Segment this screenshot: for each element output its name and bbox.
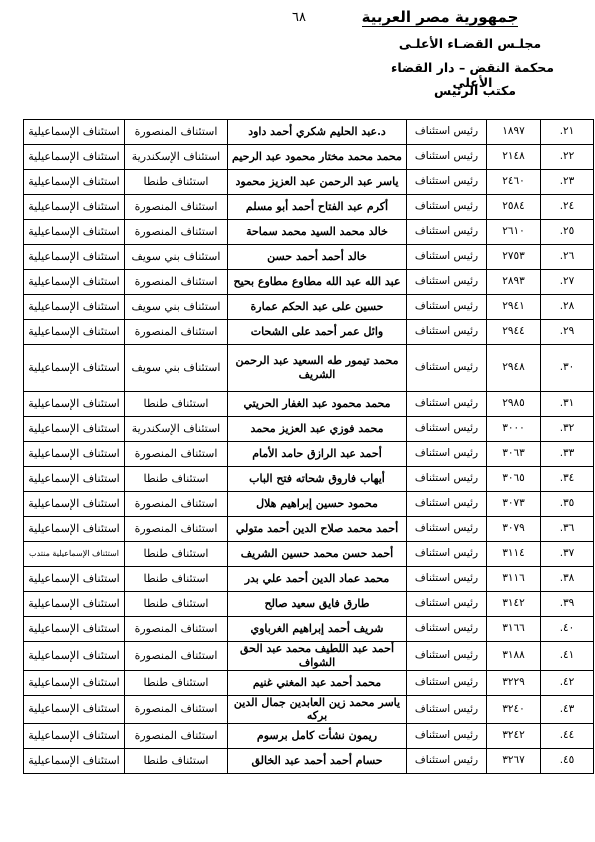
job-title-cell: رئيس استئناف xyxy=(407,320,487,345)
judges-table-body: ٢١.١٨٩٧رئيس استئنافد.عبد الحليم شكري أحم… xyxy=(24,120,594,774)
judge-name-cell: أكرم عبد الفتاح أحمد أبو مسلم xyxy=(228,195,407,220)
destination-court-cell: استئناف الإسماعيلية xyxy=(24,442,125,467)
destination-court-cell: استئناف الإسماعيلية xyxy=(24,517,125,542)
job-title-cell: رئيس استئناف xyxy=(407,345,487,392)
destination-court-cell: استئناف الإسماعيلية xyxy=(24,392,125,417)
job-title-cell: رئيس استئناف xyxy=(407,170,487,195)
judge-name-cell: أيهاب فاروق شحاته فتح الباب xyxy=(228,467,407,492)
current-court-cell: استئناف المنصورة xyxy=(125,120,228,145)
row-index-cell: ٤٢. xyxy=(541,670,594,695)
row-index-cell: ٢٤. xyxy=(541,195,594,220)
current-court-cell: استئناف بني سويف xyxy=(125,295,228,320)
current-court-cell: استئناف المنصورة xyxy=(125,195,228,220)
destination-court-cell: استئناف الإسماعيلية xyxy=(24,724,125,749)
destination-court-cell: استئناف الإسماعيلية xyxy=(24,195,125,220)
table-row: ٢٣.٢٤٦٠رئيس استئنافياسر عبد الرحمن عبد ا… xyxy=(24,170,594,195)
destination-court-cell: استئناف الإسماعيلية xyxy=(24,295,125,320)
judge-name-cell: محمود حسين إبراهيم هلال xyxy=(228,492,407,517)
judge-name-cell: حسين على عبد الحكم عمارة xyxy=(228,295,407,320)
destination-court-cell: استئناف الإسماعيلية xyxy=(24,345,125,392)
country-heading: جمهورية مصر العربية xyxy=(340,8,540,26)
job-title-cell: رئيس استئناف xyxy=(407,567,487,592)
table-row: ٢٦.٢٧٥٣رئيس استئنافخالد أحمد أحمد حسناست… xyxy=(24,245,594,270)
seniority-number-cell: ٢٧٥٣ xyxy=(487,245,541,270)
row-index-cell: ٢٣. xyxy=(541,170,594,195)
judge-name-cell: عبد الله عبد الله مطاوع مطاوع بحيح xyxy=(228,270,407,295)
table-row: ٤٤.٣٢٤٢رئيس استئنافريمون نشأت كامل برسوم… xyxy=(24,724,594,749)
seniority-number-cell: ٣١٤٢ xyxy=(487,592,541,617)
destination-court-cell: استئناف الإسماعيلية xyxy=(24,567,125,592)
row-index-cell: ٢٧. xyxy=(541,270,594,295)
seniority-number-cell: ٢٩٤١ xyxy=(487,295,541,320)
destination-court-cell: استئناف الإسماعيلية xyxy=(24,145,125,170)
table-row: ٣١.٢٩٨٥رئيس استئنافمحمد محمود عبد الغفار… xyxy=(24,392,594,417)
current-court-cell: استئناف بني سويف xyxy=(125,345,228,392)
table-row: ٣٠.٢٩٤٨رئيس استئنافمحمد تيمور طه السعيد … xyxy=(24,345,594,392)
office-heading: مكتب الرئيس xyxy=(420,83,530,98)
row-index-cell: ٢١. xyxy=(541,120,594,145)
seniority-number-cell: ٢٩٤٤ xyxy=(487,320,541,345)
seniority-number-cell: ٣١١٦ xyxy=(487,567,541,592)
row-index-cell: ٣٩. xyxy=(541,592,594,617)
job-title-cell: رئيس استئناف xyxy=(407,695,487,724)
judge-name-cell: محمد أحمد عبد المغني غنيم xyxy=(228,670,407,695)
table-row: ٤٢.٣٢٢٩رئيس استئنافمحمد أحمد عبد المغني … xyxy=(24,670,594,695)
row-index-cell: ٣٤. xyxy=(541,467,594,492)
judge-name-cell: طارق فايق سعيد صالح xyxy=(228,592,407,617)
destination-court-cell: استئناف الإسماعيلية xyxy=(24,170,125,195)
row-index-cell: ٢٨. xyxy=(541,295,594,320)
job-title-cell: رئيس استئناف xyxy=(407,670,487,695)
row-index-cell: ٣٣. xyxy=(541,442,594,467)
seniority-number-cell: ٢٩٨٥ xyxy=(487,392,541,417)
table-row: ٣٥.٣٠٧٣رئيس استئنافمحمود حسين إبراهيم هل… xyxy=(24,492,594,517)
destination-court-cell: استئناف الإسماعيلية xyxy=(24,467,125,492)
destination-court-cell: استئناف الإسماعيلية xyxy=(24,220,125,245)
job-title-cell: رئيس استئناف xyxy=(407,145,487,170)
current-court-cell: استئناف طنطا xyxy=(125,567,228,592)
job-title-cell: رئيس استئناف xyxy=(407,749,487,774)
current-court-cell: استئناف المنصورة xyxy=(125,617,228,642)
seniority-number-cell: ٣٢٢٩ xyxy=(487,670,541,695)
current-court-cell: استئناف طنطا xyxy=(125,542,228,567)
row-index-cell: ٣٦. xyxy=(541,517,594,542)
seniority-number-cell: ٣١٨٨ xyxy=(487,642,541,671)
current-court-cell: استئناف الإسكندرية xyxy=(125,417,228,442)
seniority-number-cell: ٢٩٤٨ xyxy=(487,345,541,392)
row-index-cell: ٤٥. xyxy=(541,749,594,774)
current-court-cell: استئناف المنصورة xyxy=(125,517,228,542)
job-title-cell: رئيس استئناف xyxy=(407,492,487,517)
destination-court-cell: استئناف الإسماعيلية xyxy=(24,695,125,724)
seniority-number-cell: ٢٦١٠ xyxy=(487,220,541,245)
job-title-cell: رئيس استئناف xyxy=(407,592,487,617)
row-index-cell: ٣١. xyxy=(541,392,594,417)
current-court-cell: استئناف طنطا xyxy=(125,170,228,195)
country-heading-text: جمهورية مصر العربية xyxy=(362,8,519,27)
judge-name-cell: خالد محمد السيد محمد سماحة xyxy=(228,220,407,245)
seniority-number-cell: ٣١١٤ xyxy=(487,542,541,567)
table-row: ٤٠.٣١٦٦رئيس استئنافشريف أحمد إبراهيم الغ… xyxy=(24,617,594,642)
destination-court-cell: استئناف الإسماعيلية xyxy=(24,417,125,442)
table-row: ٢١.١٨٩٧رئيس استئنافد.عبد الحليم شكري أحم… xyxy=(24,120,594,145)
judge-name-cell: محمد محمود عبد الغفار الحريتي xyxy=(228,392,407,417)
seniority-number-cell: ٣٠٧٣ xyxy=(487,492,541,517)
job-title-cell: رئيس استئناف xyxy=(407,724,487,749)
row-index-cell: ٤٠. xyxy=(541,617,594,642)
job-title-cell: رئيس استئناف xyxy=(407,195,487,220)
table-row: ٣٧.٣١١٤رئيس استئنافأحمد حسن محمد حسين ال… xyxy=(24,542,594,567)
destination-court-cell: استئناف الإسماعيلية xyxy=(24,617,125,642)
row-index-cell: ٣٢. xyxy=(541,417,594,442)
row-index-cell: ٣٥. xyxy=(541,492,594,517)
judge-name-cell: وائل عمر أحمد على الشحات xyxy=(228,320,407,345)
destination-court-cell: استئناف الإسماعيلية منتدب xyxy=(24,542,125,567)
row-index-cell: ٤٣. xyxy=(541,695,594,724)
current-court-cell: استئناف المنصورة xyxy=(125,492,228,517)
current-court-cell: استئناف المنصورة xyxy=(125,442,228,467)
row-index-cell: ٢٦. xyxy=(541,245,594,270)
judge-name-cell: أحمد حسن محمد حسين الشريف xyxy=(228,542,407,567)
table-row: ٢٨.٢٩٤١رئيس استئنافحسين على عبد الحكم عم… xyxy=(24,295,594,320)
table-row: ٣٨.٣١١٦رئيس استئنافمحمد عماد الدين أحمد … xyxy=(24,567,594,592)
seniority-number-cell: ٣١٦٦ xyxy=(487,617,541,642)
destination-court-cell: استئناف الإسماعيلية xyxy=(24,492,125,517)
judge-name-cell: أحمد عبد الرازق حامد الأمام xyxy=(228,442,407,467)
job-title-cell: رئيس استئناف xyxy=(407,542,487,567)
job-title-cell: رئيس استئناف xyxy=(407,442,487,467)
judge-name-cell: حسام أحمد أحمد عبد الخالق xyxy=(228,749,407,774)
job-title-cell: رئيس استئناف xyxy=(407,417,487,442)
job-title-cell: رئيس استئناف xyxy=(407,220,487,245)
current-court-cell: استئناف الإسكندرية xyxy=(125,145,228,170)
current-court-cell: استئناف طنطا xyxy=(125,670,228,695)
table-row: ٢٥.٢٦١٠رئيس استئنافخالد محمد السيد محمد … xyxy=(24,220,594,245)
judge-name-cell: ياسر محمد زين العابدين جمال الدين بركه xyxy=(228,695,407,724)
row-index-cell: ٢٩. xyxy=(541,320,594,345)
row-index-cell: ٣٧. xyxy=(541,542,594,567)
judge-name-cell: شريف أحمد إبراهيم الغرباوي xyxy=(228,617,407,642)
row-index-cell: ٣٠. xyxy=(541,345,594,392)
destination-court-cell: استئناف الإسماعيلية xyxy=(24,670,125,695)
council-heading: مجلـس القضـاء الأعلـى xyxy=(395,36,545,51)
seniority-number-cell: ٢٨٩٣ xyxy=(487,270,541,295)
table-row: ٣٤.٣٠٦٥رئيس استئنافأيهاب فاروق شحاته فتح… xyxy=(24,467,594,492)
destination-court-cell: استئناف الإسماعيلية xyxy=(24,592,125,617)
job-title-cell: رئيس استئناف xyxy=(407,642,487,671)
seniority-number-cell: ٣٠٠٠ xyxy=(487,417,541,442)
judge-name-cell: ريمون نشأت كامل برسوم xyxy=(228,724,407,749)
judge-name-cell: د.عبد الحليم شكري أحمد داود xyxy=(228,120,407,145)
table-row: ٢٧.٢٨٩٣رئيس استئنافعبد الله عبد الله مطا… xyxy=(24,270,594,295)
table-row: ٣٦.٣٠٧٩رئيس استئنافأحمد محمد صلاح الدين … xyxy=(24,517,594,542)
job-title-cell: رئيس استئناف xyxy=(407,617,487,642)
current-court-cell: استئناف المنصورة xyxy=(125,270,228,295)
destination-court-cell: استئناف الإسماعيلية xyxy=(24,270,125,295)
current-court-cell: استئناف المنصورة xyxy=(125,724,228,749)
table-row: ٢٤.٢٥٨٤رئيس استئنافأكرم عبد الفتاح أحمد … xyxy=(24,195,594,220)
judge-name-cell: محمد فوزي عبد العزيز محمد xyxy=(228,417,407,442)
row-index-cell: ٤٤. xyxy=(541,724,594,749)
seniority-number-cell: ٣٠٦٣ xyxy=(487,442,541,467)
table-row: ٣٣.٣٠٦٣رئيس استئنافأحمد عبد الرازق حامد … xyxy=(24,442,594,467)
destination-court-cell: استئناف الإسماعيلية xyxy=(24,749,125,774)
seniority-number-cell: ٢٤٦٠ xyxy=(487,170,541,195)
job-title-cell: رئيس استئناف xyxy=(407,245,487,270)
judge-name-cell: محمد محمد مختار محمود عبد الرحيم xyxy=(228,145,407,170)
job-title-cell: رئيس استئناف xyxy=(407,392,487,417)
row-index-cell: ٢٥. xyxy=(541,220,594,245)
judge-name-cell: محمد تيمور طه السعيد عبد الرحمن الشريف xyxy=(228,345,407,392)
destination-court-cell: استئناف الإسماعيلية xyxy=(24,320,125,345)
seniority-number-cell: ٣٢٤٢ xyxy=(487,724,541,749)
seniority-number-cell: ٣٠٦٥ xyxy=(487,467,541,492)
row-index-cell: ٢٢. xyxy=(541,145,594,170)
table-row: ٢٢.٢١٤٨رئيس استئنافمحمد محمد مختار محمود… xyxy=(24,145,594,170)
table-row: ٢٩.٢٩٤٤رئيس استئنافوائل عمر أحمد على الش… xyxy=(24,320,594,345)
current-court-cell: استئناف طنطا xyxy=(125,392,228,417)
table-row: ٤٥.٣٢٦٧رئيس استئنافحسام أحمد أحمد عبد ال… xyxy=(24,749,594,774)
seniority-number-cell: ٢٥٨٤ xyxy=(487,195,541,220)
seniority-number-cell: ٢١٤٨ xyxy=(487,145,541,170)
seniority-number-cell: ٣٠٧٩ xyxy=(487,517,541,542)
current-court-cell: استئناف طنطا xyxy=(125,592,228,617)
job-title-cell: رئيس استئناف xyxy=(407,295,487,320)
judge-name-cell: خالد أحمد أحمد حسن xyxy=(228,245,407,270)
destination-court-cell: استئناف الإسماعيلية xyxy=(24,120,125,145)
current-court-cell: استئناف المنصورة xyxy=(125,220,228,245)
row-index-cell: ٣٨. xyxy=(541,567,594,592)
current-court-cell: استئناف المنصورة xyxy=(125,695,228,724)
judge-name-cell: محمد عماد الدين أحمد علي بدر xyxy=(228,567,407,592)
judges-table: ٢١.١٨٩٧رئيس استئنافد.عبد الحليم شكري أحم… xyxy=(23,119,594,774)
judge-name-cell: أحمد عبد اللطيف محمد عبد الحق الشواف xyxy=(228,642,407,671)
seniority-number-cell: ٣٢٦٧ xyxy=(487,749,541,774)
table-row: ٤١.٣١٨٨رئيس استئنافأحمد عبد اللطيف محمد … xyxy=(24,642,594,671)
current-court-cell: استئناف المنصورة xyxy=(125,320,228,345)
job-title-cell: رئيس استئناف xyxy=(407,467,487,492)
job-title-cell: رئيس استئناف xyxy=(407,270,487,295)
table-row: ٤٣.٣٢٤٠رئيس استئنافياسر محمد زين العابدي… xyxy=(24,695,594,724)
destination-court-cell: استئناف الإسماعيلية xyxy=(24,245,125,270)
seniority-number-cell: ١٨٩٧ xyxy=(487,120,541,145)
table-row: ٣٢.٣٠٠٠رئيس استئنافمحمد فوزي عبد العزيز … xyxy=(24,417,594,442)
seniority-number-cell: ٣٢٤٠ xyxy=(487,695,541,724)
current-court-cell: استئناف طنطا xyxy=(125,467,228,492)
destination-court-cell: استئناف الإسماعيلية xyxy=(24,642,125,671)
judge-name-cell: ياسر عبد الرحمن عبد العزيز محمود xyxy=(228,170,407,195)
judge-name-cell: أحمد محمد صلاح الدين أحمد متولي xyxy=(228,517,407,542)
table-row: ٣٩.٣١٤٢رئيس استئنافطارق فايق سعيد صالحاس… xyxy=(24,592,594,617)
job-title-cell: رئيس استئناف xyxy=(407,120,487,145)
current-court-cell: استئناف طنطا xyxy=(125,749,228,774)
current-court-cell: استئناف بني سويف xyxy=(125,245,228,270)
row-index-cell: ٤١. xyxy=(541,642,594,671)
current-court-cell: استئناف المنصورة xyxy=(125,642,228,671)
job-title-cell: رئيس استئناف xyxy=(407,517,487,542)
page-number: ٦٨ xyxy=(292,10,306,25)
